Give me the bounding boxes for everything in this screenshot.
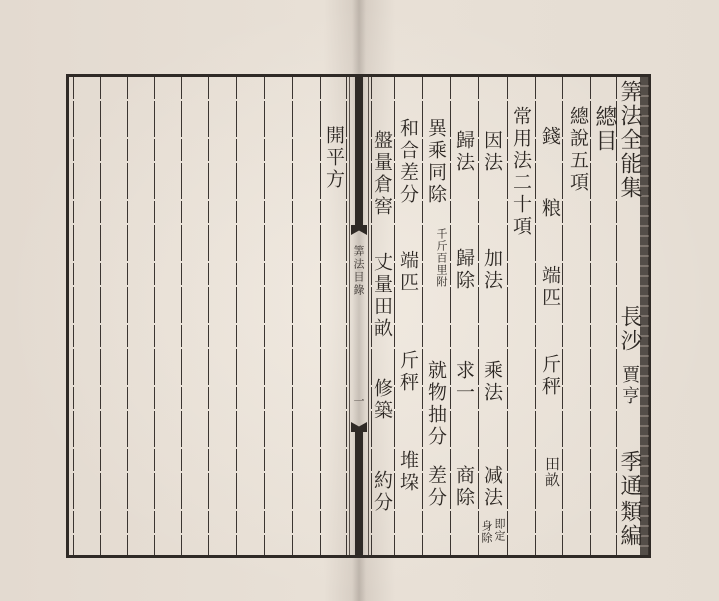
column-rule [562, 77, 563, 555]
method-item: 異乘同除 [426, 118, 445, 206]
book-title: 筭法全能集 [618, 80, 640, 200]
general-heading: 總說五項 [568, 106, 587, 194]
column-rule [264, 77, 265, 555]
method-item: 丈量田畝 [372, 252, 391, 340]
column-rule [181, 77, 182, 555]
common-heading: 常用法二十項 [511, 106, 530, 238]
column-rule [100, 77, 101, 555]
method-item: 開平方 [324, 125, 343, 191]
author-courtesy: 季通 [618, 450, 640, 498]
method-item: 修築 [372, 378, 391, 422]
method-note: 身除 [481, 520, 492, 544]
spine-title: 筭法目錄 [353, 245, 364, 297]
method-item: 約分 [372, 470, 391, 514]
lower-fishtail-icon [351, 422, 367, 432]
author-role: 類編 [618, 500, 640, 548]
method-item: 歸法 [454, 130, 473, 174]
spine-page-number: 一 [353, 395, 364, 408]
method-item: 堆垜 [398, 450, 417, 494]
column-rule [73, 77, 74, 555]
column-rule [394, 77, 395, 555]
method-item: 和合差分 [398, 118, 417, 206]
method-note: 即定 [494, 518, 505, 542]
column-rule [478, 77, 479, 555]
column-rule [236, 77, 237, 555]
general-item: 斤秤 [540, 354, 559, 398]
column-rule [535, 77, 536, 555]
upper-black-mouth [355, 77, 363, 227]
method-item: 就物抽分 [426, 360, 445, 448]
method-item: 加法 [482, 248, 501, 292]
author-place: 長沙 [618, 305, 640, 353]
column-rule [154, 77, 155, 555]
method-item: 端匹 [398, 250, 417, 294]
section-title: 總目 [593, 105, 615, 153]
column-rule [320, 77, 321, 555]
center-spine: 筭法目錄 一 [349, 77, 369, 555]
column-rule [292, 77, 293, 555]
column-rule [208, 77, 209, 555]
lower-black-mouth [355, 432, 363, 555]
method-item: 求一 [454, 360, 473, 404]
method-item: 差分 [426, 465, 445, 509]
method-item: 盤量倉窖 [372, 130, 391, 218]
column-rule [590, 77, 591, 555]
general-item: 田畝 [544, 456, 559, 488]
method-item: 歸除 [454, 248, 473, 292]
column-rule [422, 77, 423, 555]
method-item: 减法 [482, 465, 501, 509]
method-item: 商除 [454, 465, 473, 509]
upper-fishtail-icon [351, 225, 367, 235]
method-note: 千斤百里附 [436, 228, 447, 288]
column-rule [507, 77, 508, 555]
author-name: 賈亨 [620, 365, 638, 407]
general-item: 錢 [540, 126, 559, 148]
column-rule [127, 77, 128, 555]
method-item: 乘法 [482, 360, 501, 404]
general-item: 端匹 [540, 265, 559, 309]
column-rule [450, 77, 451, 555]
method-item: 因法 [482, 130, 501, 174]
book-spread: 筭法目錄 一 筭法全能集 長沙 賈亨 季通 類編 總目 總說五項 錢 粮 端匹 … [0, 0, 719, 601]
general-item: 粮 [540, 198, 559, 220]
column-rule [346, 77, 347, 555]
method-item: 斤秤 [398, 350, 417, 394]
